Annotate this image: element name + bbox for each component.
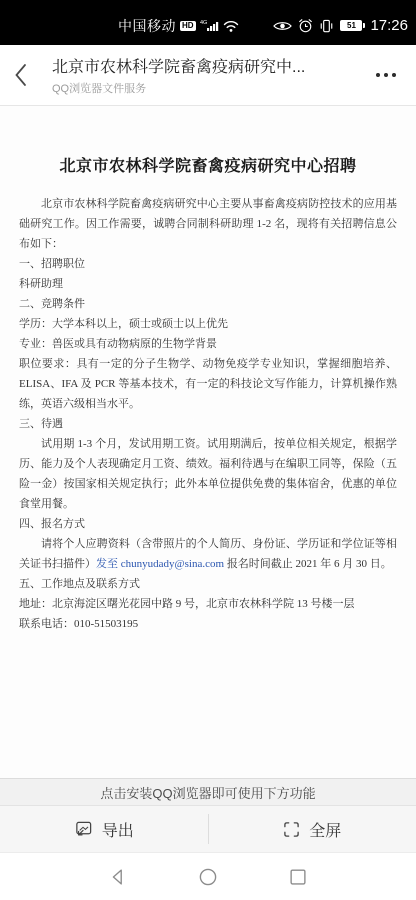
dot-icon [376,73,380,77]
doc-salary-paragraph: 试用期 1-3 个月，发试用期工资。试用期满后，按单位相关规定，根据学历、能力及… [19,434,397,514]
nav-recents-button[interactable] [285,864,311,890]
fullscreen-icon [283,821,300,838]
header-titles: 北京市农林科学院畜禽疫病研究中... QQ浏览器文件服务 [52,54,370,96]
fullscreen-label: 全屏 [309,818,341,841]
export-label: 导出 [102,818,134,841]
install-banner-label: 点击安装QQ浏览器即可使用下方功能 [100,783,315,802]
phone-screen: 中国移动 HD 4G [0,0,416,900]
doc-education-line: 学历：大学本科以上，硕士或硕士以上优先 [19,314,397,334]
apply-text-after-link: 报名时间截止 2021 年 6 月 30 日。 [224,558,392,570]
document-title: 北京市农林科学院畜禽疫病研究中心招聘 [19,156,397,178]
doc-section4-heading: 四、报名方式 [19,514,397,534]
vibrate-icon [319,19,334,33]
status-bar: 中国移动 HD 4G [0,0,416,45]
more-menu-button[interactable] [370,63,402,87]
dot-icon [384,73,388,77]
doc-requirements-paragraph: 职位要求：具有一定的分子生物学、动物免疫学专业知识，掌握细胞培养、ELISA、I… [19,354,397,414]
carrier-label: 中国移动 [118,16,176,36]
chevron-left-icon [14,63,27,87]
nav-back-button[interactable] [105,864,131,890]
export-button[interactable]: 导出 [0,806,208,852]
doc-section3-heading: 三、待遇 [19,414,397,434]
doc-address-line: 地址：北京海淀区曙光花园中路 9 号，北京市农林科学院 13 号楼一层 [19,594,397,614]
network-type-label: 4G [200,20,207,26]
email-link[interactable]: 发至 chunyudady@sina.com [96,558,224,570]
android-nav-bar [0,852,416,900]
doc-intro-paragraph: 北京市农林科学院畜禽疫病研究中心主要从事畜禽疫病防控技术的应用基础研究工作。因工… [19,194,397,254]
doc-apply-paragraph: 请将个人应聘资料（含带照片的个人简历、身份证、学历证和学位证等相关证书扫描件）发… [19,534,397,574]
bottom-toolbar: 导出 全屏 [0,805,416,852]
doc-phone-line: 联系电话：010-51503195 [19,614,397,634]
fullscreen-button[interactable]: 全屏 [209,806,416,852]
dot-icon [392,73,396,77]
doc-major-line: 专业：兽医或具有动物病原的生物学背景 [19,334,397,354]
title-bar: 北京市农林科学院畜禽疫病研究中... QQ浏览器文件服务 [0,45,416,106]
battery-level-label: 51 [347,21,356,30]
doc-section2-heading: 二、竞聘条件 [19,294,397,314]
nav-home-button[interactable] [195,864,221,890]
file-service-label: QQ浏览器文件服务 [52,80,370,96]
alarm-icon [298,18,313,33]
export-image-icon [74,820,93,838]
back-button[interactable] [14,53,44,97]
wifi-icon [223,20,239,32]
doc-section1-body: 科研助理 [19,274,397,294]
clock-label: 17:26 [370,17,408,34]
hd-volte-icon: HD [180,21,196,31]
document-viewer[interactable]: 北京市农林科学院畜禽疫病研究中心招聘 北京市农林科学院畜禽疫病研究中心主要从事畜… [0,106,416,778]
eye-comfort-icon [273,20,292,32]
status-right-cluster: 51 17:26 [273,17,408,34]
battery-icon: 51 [340,20,362,31]
nav-home-circle-icon [197,866,219,888]
doc-section5-heading: 五、工作地点及联系方式 [19,574,397,594]
file-title: 北京市农林科学院畜禽疫病研究中... [52,54,370,77]
install-qq-browser-banner[interactable]: 点击安装QQ浏览器即可使用下方功能 [0,778,416,805]
signal-strength-icon: 4G [200,19,219,32]
doc-section1-heading: 一、招聘职位 [19,254,397,274]
nav-recents-square-icon [287,866,309,888]
nav-back-triangle-icon [107,866,129,888]
status-left-cluster: 中国移动 HD 4G [118,16,239,36]
